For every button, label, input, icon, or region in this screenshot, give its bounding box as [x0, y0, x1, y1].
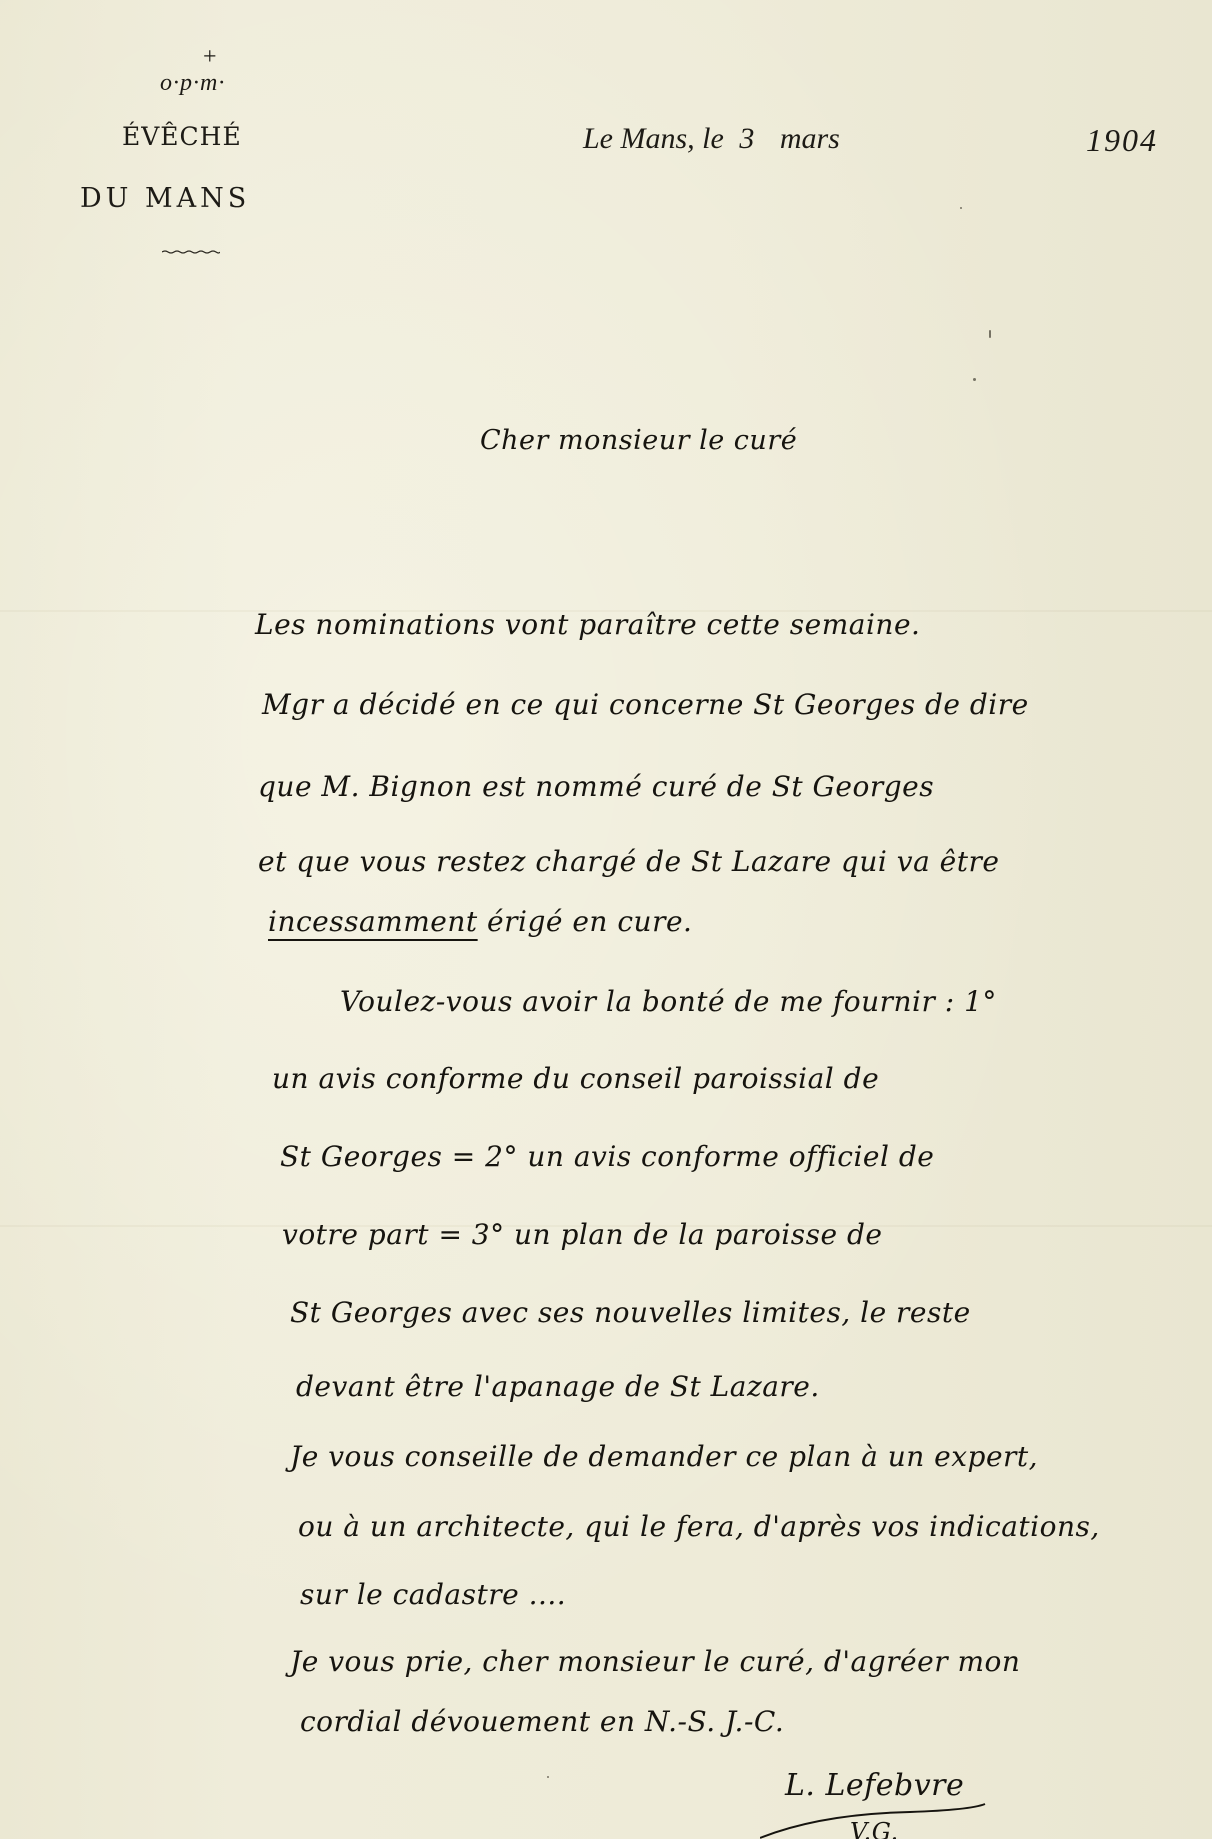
letter-line: sur le cadastre ....	[300, 1578, 566, 1611]
paper-speck	[973, 378, 976, 381]
letterhead-eveche: ÉVÊCHÉ	[122, 122, 242, 151]
salutation: Cher monsieur le curé	[480, 425, 797, 456]
signature-title: V.G.	[850, 1818, 899, 1839]
cross-mark: +	[203, 44, 217, 71]
dateline-month: mars	[780, 122, 840, 155]
letter-line: Je vous conseille de demander ce plan à …	[290, 1440, 1038, 1473]
paper-speck	[547, 1776, 549, 1778]
dateline-day: 3	[739, 122, 754, 155]
letter-line: et que vous restez chargé de St Lazare q…	[258, 845, 999, 878]
letter-line: votre part = 3° un plan de la paroisse d…	[282, 1218, 882, 1251]
letterhead-initials: o·p·m·	[160, 70, 225, 97]
dateline-year: 1904	[1086, 122, 1158, 159]
letter-line: devant être l'apanage de St Lazare.	[296, 1370, 820, 1403]
letter-line: que M. Bignon est nommé curé de St Georg…	[258, 770, 934, 803]
letter-line: St Georges avec ses nouvelles limites, l…	[290, 1296, 971, 1329]
dateline: Le Mans, le 3 mars	[583, 122, 840, 156]
dateline-place: Le Mans, le	[583, 122, 724, 155]
letterhead-ornament-icon	[162, 250, 220, 254]
signature: L. Lefebvre	[785, 1768, 964, 1803]
letter-line: cordial dévouement en N.-S. J.-C.	[300, 1705, 784, 1738]
letter-line: Les nominations vont paraître cette sema…	[255, 608, 920, 641]
letter-line-underlined: incessamment érigé en cure.	[268, 905, 692, 938]
underlined-word: incessamment	[268, 905, 478, 938]
letter-line: Voulez-vous avoir la bonté de me fournir…	[340, 985, 997, 1018]
letter-line: Mgr a décidé en ce qui concerne St Georg…	[262, 688, 1029, 721]
paper-speck	[989, 330, 991, 338]
paper-speck	[960, 207, 962, 209]
letter-line-rest: érigé en cure.	[478, 905, 693, 938]
letterhead-du-mans: DU MANS	[80, 183, 250, 214]
letter-line: ou à un architecte, qui le fera, d'après…	[298, 1510, 1100, 1543]
letter-page: + o·p·m· ÉVÊCHÉ DU MANS Le Mans, le 3 ma…	[0, 0, 1212, 1839]
letter-line: Je vous prie, cher monsieur le curé, d'a…	[290, 1645, 1020, 1678]
letter-line: un avis conforme du conseil paroissial d…	[272, 1062, 879, 1095]
letter-line: St Georges = 2° un avis conforme officie…	[280, 1140, 934, 1173]
